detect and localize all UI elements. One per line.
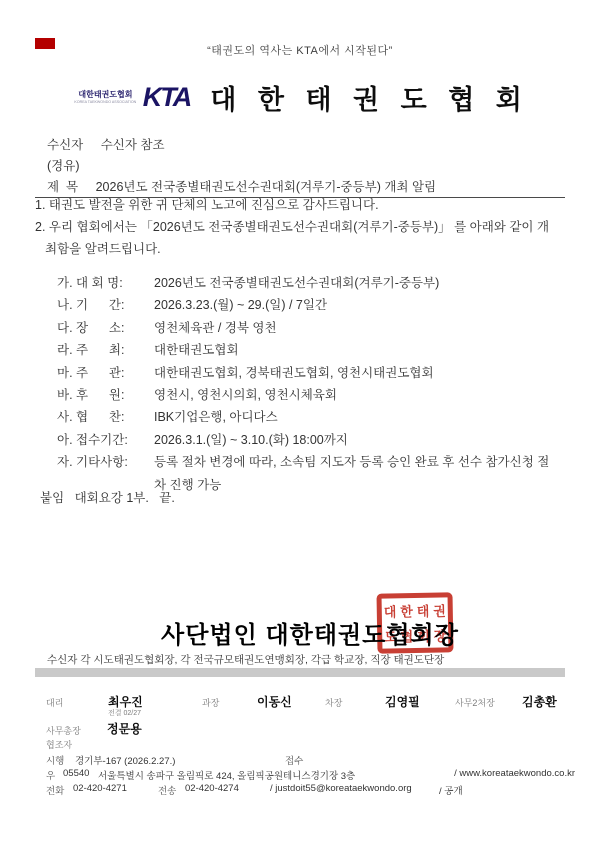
receipt-label: 접수 [285,753,303,767]
website: / www.koreataekwondo.co.kr [454,768,575,779]
header-slogan: “태권도의 역사는 KTA에서 시작된다” [0,42,600,58]
list-item-support: 바. 후 원: 영천시, 영천시의회, 영천시체육회 [57,384,577,406]
official-letter-page: “태권도의 역사는 KTA에서 시작된다” 대한태권도협회 KOREA TAEK… [0,0,600,848]
item-label: 나. 기 간: [57,294,154,316]
subject-label: 제 목 [47,180,78,194]
recipient-label: 수신자 [47,138,83,152]
item-value: 영천체육관 / 경북 영천 [154,317,277,339]
seal-char: 권 [431,597,448,624]
subject-value: 2026년도 전국종별태권도선수권대회(겨루기-중등부) 개최 알림 [96,180,437,194]
item-value: 대한태권도협회, 경북태권도협회, 영천시태권도협회 [154,362,434,384]
list-item-organizer: 마. 주 관: 대한태권도협회, 경북태권도협회, 영천시태권도협회 [57,362,577,384]
item-value: 등록 절차 변경에 따라, 소속팀 지도자 등록 승인 완료 후 선수 참가신청… [154,451,549,473]
document-meta: 수신자 수신자 참조 (경유) 제 목 2026년도 전국종별태권도선수권대회(… [35,132,565,198]
item-value: 2026.3.23.(월) ~ 29.(일) / 7일간 [154,294,327,316]
approver-name: 이동신 [257,693,292,710]
letterhead: 대한태권도협회 KOREA TAEKWONDO ASSOCIATION KTA … [40,78,560,117]
phone-label: 전화 [46,783,64,797]
postal-code: 05540 [63,768,89,779]
cooperator-label: 협조자 [46,738,72,751]
fax-label: 전송 [158,783,176,797]
approver-name: 김총환 [522,693,557,710]
item-label: 사. 협 찬: [57,406,154,428]
recipients-distribution-line: 수신자 각 시도태권도협회장, 각 전국규모태권도연맹회장, 각급 학교장, 직… [47,652,577,667]
item-value: IBK기업은행, 아디다스 [154,406,278,428]
item-label: 다. 장 소: [57,317,154,339]
item-value: 2026.3.1.(일) ~ 3.10.(화) 18:00까지 [154,429,348,451]
paragraph-2-line-2: 최함을 알려드립니다. [35,238,570,260]
postal-label: 우 [46,768,55,782]
item-label: 자. 기타사항: [57,451,154,473]
recipient-value: 수신자 참조 [101,138,165,152]
list-item-venue: 다. 장 소: 영천체육관 / 경북 영천 [57,317,577,339]
item-label: 마. 주 관: [57,362,154,384]
address: 서울특별시 송파구 올림픽로 424, 올림픽공원테니스경기장 3층 [98,768,355,782]
kta-logo-text: 대한태권도협회 KOREA TAEKWONDO ASSOCIATION [71,91,140,104]
seal-char: 한 [398,597,415,624]
approval-note: 전결 02/27 [108,708,141,718]
fax-number: 02-420-4274 [185,783,239,794]
secretary-name: 정문용 [107,720,142,737]
email: / justdoit55@koreataekwondo.org [270,783,412,794]
paragraph-1: 1. 태권도 발전을 위한 귀 단체의 노고에 진심으로 감사드립니다. [35,194,570,216]
item-label: 가. 대 회 명: [57,272,154,294]
organization-title: 대 한 태 권 도 협 회 [210,78,529,117]
body-paragraphs: 1. 태권도 발전을 위한 귀 단체의 노고에 진심으로 감사드립니다. 2. … [35,194,570,261]
approver-title: 과장 [202,696,219,709]
item-label: 라. 주 최: [57,339,154,361]
paragraph-2-line-1: 2. 우리 협회에서는 「2026년도 전국종별태권도선수권대회(겨루기-중등부… [35,216,570,238]
list-item-period: 나. 기 간: 2026.3.23.(월) ~ 29.(일) / 7일간 [57,294,577,316]
official-seal-stamp: 대 한 태 권 도 협 회 장 [376,592,453,653]
seal-char: 대 [382,598,399,625]
phone-number: 02-420-4271 [73,783,127,794]
list-item-event-name: 가. 대 회 명: 2026년도 전국종별태권도선수권대회(겨루기-중등부) [57,272,577,294]
seal-char: 태 [415,597,432,624]
list-item-host: 라. 주 최: 대한태권도협회 [57,339,577,361]
item-value: 2026년도 전국종별태권도선수권대회(겨루기-중등부) [154,272,439,294]
item-label: 바. 후 원: [57,384,154,406]
list-item-sponsor: 사. 협 찬: IBK기업은행, 아디다스 [57,406,577,428]
list-item-registration-period: 아. 접수기간: 2026.3.1.(일) ~ 3.10.(화) 18:00까지 [57,429,577,451]
seal-char: 도 [382,623,399,650]
attachment-line: 붙임 대회요강 1부. 끝. [40,488,175,506]
approver-title: 대리 [46,696,63,709]
event-detail-list: 가. 대 회 명: 2026년도 전국종별태권도선수권대회(겨루기-중등부) 나… [57,272,577,496]
item-value: 영천시, 영천시의회, 영천시체육회 [154,384,337,406]
item-value: 대한태권도협회 [154,339,239,361]
seal-char: 회 [415,622,432,649]
kta-logo-icon: KTA [143,84,191,111]
kta-logo: 대한태권도협회 KOREA TAEKWONDO ASSOCIATION KTA [71,84,190,111]
kta-logo-english-name: KOREA TAEKWONDO ASSOCIATION [75,100,137,104]
via-row: (경유) [35,153,565,174]
seal-char: 장 [431,622,448,649]
item-label: 아. 접수기간: [57,429,154,451]
disclosure-status: / 공개 [439,783,463,797]
via-label: (경유) [47,159,79,173]
approver-title: 사무2처장 [455,696,495,709]
enforce-value: 경기부-167 (2026.2.27.) [75,753,175,767]
issuer-title: 사단법인 대한태권도협회장 [0,615,600,650]
approval-and-contact-footer: 대리 최우진 전결 02/27 과장 이동신 차장 김영필 사무2처장 김총환 … [35,690,575,820]
approver-title: 차장 [325,696,342,709]
approver-name: 김영필 [385,693,420,710]
recipient-row: 수신자 수신자 참조 [35,132,565,153]
divider-bar [35,668,565,677]
seal-char: 협 [398,622,415,649]
list-item-etc: 자. 기타사항: 등록 절차 변경에 따라, 소속팀 지도자 등록 승인 완료 … [57,451,577,473]
enforce-label: 시행 [46,753,64,767]
secretary-title: 사무총장 [46,724,81,737]
